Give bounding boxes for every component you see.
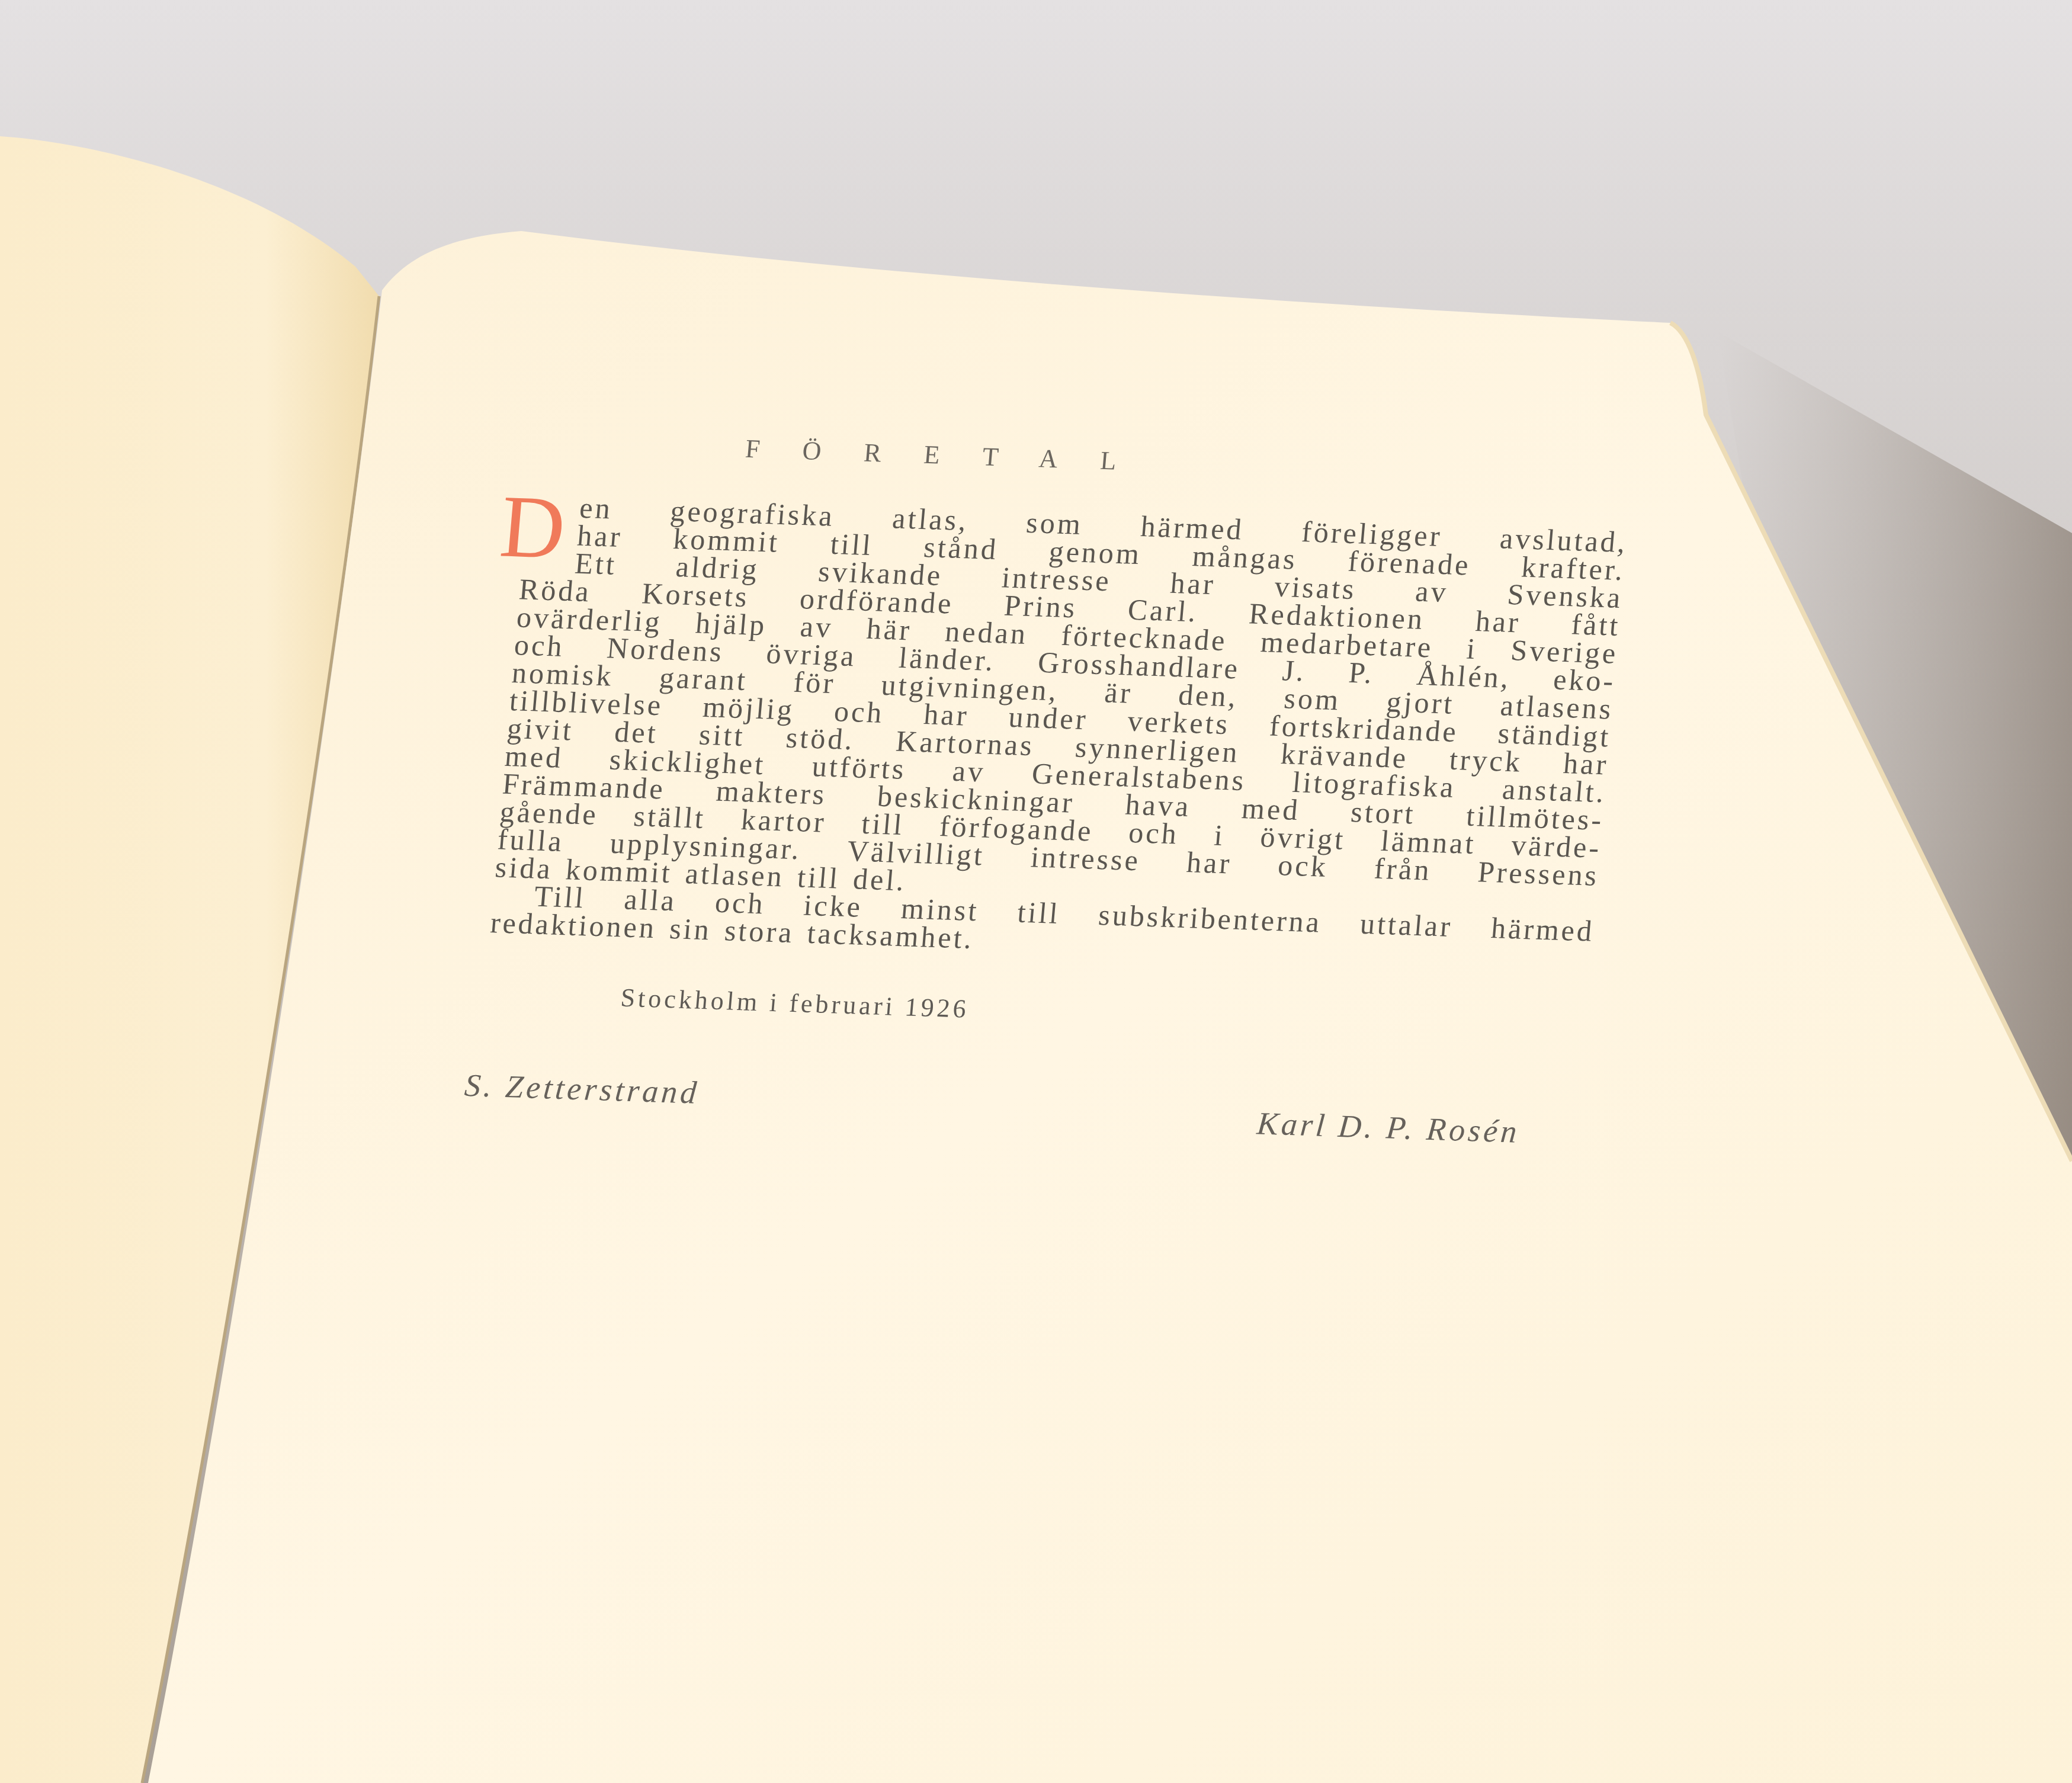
drop-cap: D xyxy=(498,493,570,565)
preface-page: FÖRETAL D en geografiska atlas, som härm… xyxy=(471,426,1634,1186)
paragraph-main: D en geografiska atlas, som härmed förel… xyxy=(494,492,1628,918)
signature-right: Karl D. P. Rosén xyxy=(1256,1105,1522,1150)
place-date: Stockholm i februari 1926 xyxy=(620,982,1587,1044)
photo-scene: FÖRETAL D en geografiska atlas, som härm… xyxy=(0,0,2072,1783)
signature-left: S. Zetterstrand xyxy=(463,1067,701,1111)
